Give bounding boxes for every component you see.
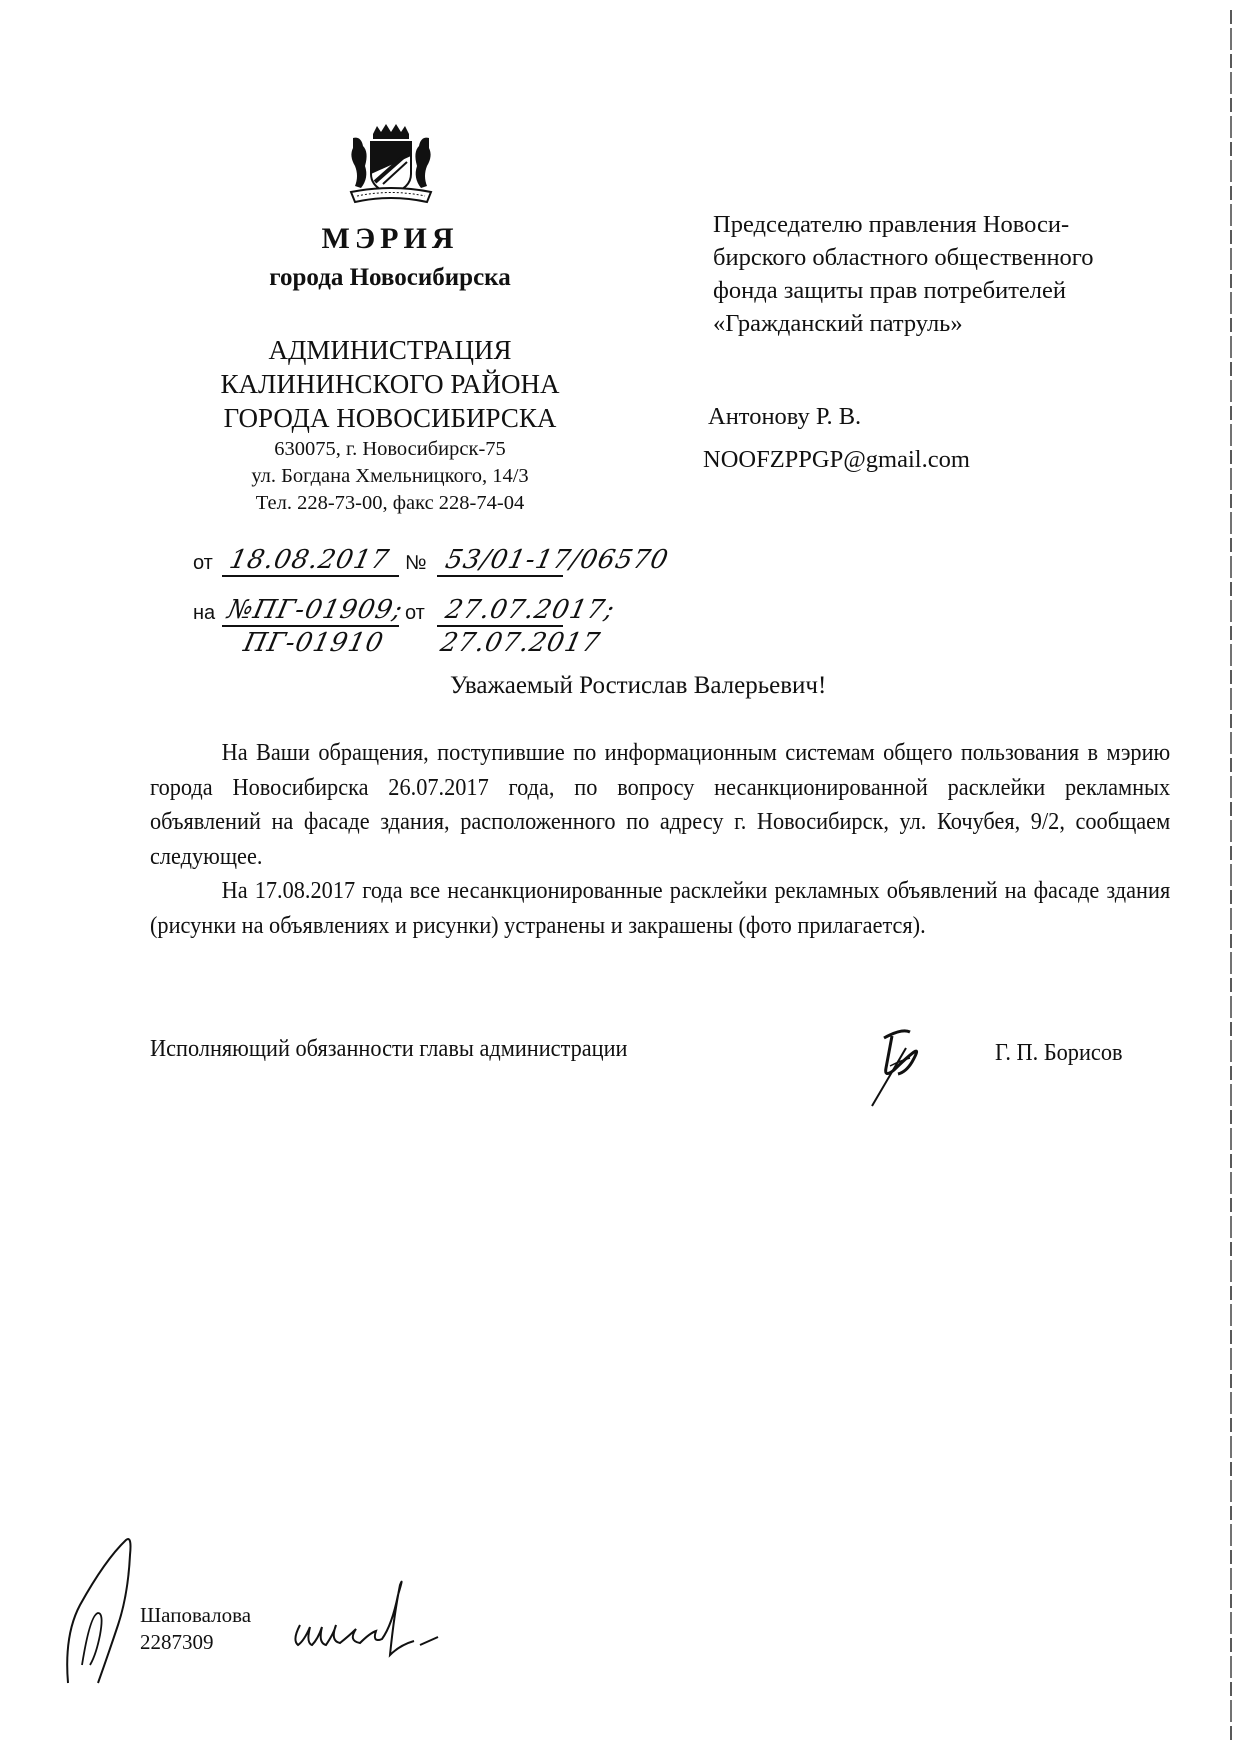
executor-name: Шаповалова xyxy=(140,1603,251,1628)
date-label: от xyxy=(193,552,213,575)
reference-label: на xyxy=(193,602,215,625)
addressee-line: фонда защиты прав потребителей xyxy=(713,274,1183,307)
number-label: № xyxy=(405,552,426,575)
body-paragraph: На 17.08.2017 года все несанкционированн… xyxy=(150,874,1170,943)
salutation: Уважаемый Ростислав Валерьевич! xyxy=(450,672,826,700)
handwritten-initials-icon xyxy=(60,1515,480,1685)
reference-date: 27.07.2017; xyxy=(443,595,618,625)
handwritten-signature-icon xyxy=(862,1018,942,1108)
date-underline xyxy=(222,575,399,577)
executor-phone: 2287309 xyxy=(140,1630,214,1655)
addressee-line: «Гражданский патруль» xyxy=(713,307,1183,340)
reference-number: №ПГ-01909; xyxy=(225,595,406,625)
reference-underline xyxy=(222,625,399,627)
addressee-name: Антонову Р. В. xyxy=(708,403,861,431)
signatory-role: Исполняющий обязанности главы администра… xyxy=(150,1036,627,1063)
reference-date: 27.07.2017 xyxy=(438,628,603,658)
body-paragraph: На Ваши обращения, поступившие по информ… xyxy=(150,736,1170,874)
reference-date-underline xyxy=(437,625,563,627)
number-underline xyxy=(437,575,563,577)
outgoing-number: 53/01-17/06570 xyxy=(443,545,672,575)
addressee-block: Председателю правления Новоси- бирского … xyxy=(713,208,1183,340)
addressee-line: Председателю правления Новоси- xyxy=(713,208,1183,241)
addressee-email: NOOFZPPGP@gmail.com xyxy=(703,446,970,474)
reference-date-label: от xyxy=(405,602,425,625)
reference-number: ПГ-01910 xyxy=(241,628,387,658)
registration-block: от 18.08.2017 № 53/01-17/06570 на №ПГ-01… xyxy=(0,0,1240,700)
outgoing-date: 18.08.2017 xyxy=(227,545,392,575)
signatory-name: Г. П. Борисов xyxy=(995,1040,1123,1067)
letter-body: На Ваши обращения, поступившие по информ… xyxy=(150,736,1170,943)
addressee-line: бирского областного общественного xyxy=(713,241,1183,274)
